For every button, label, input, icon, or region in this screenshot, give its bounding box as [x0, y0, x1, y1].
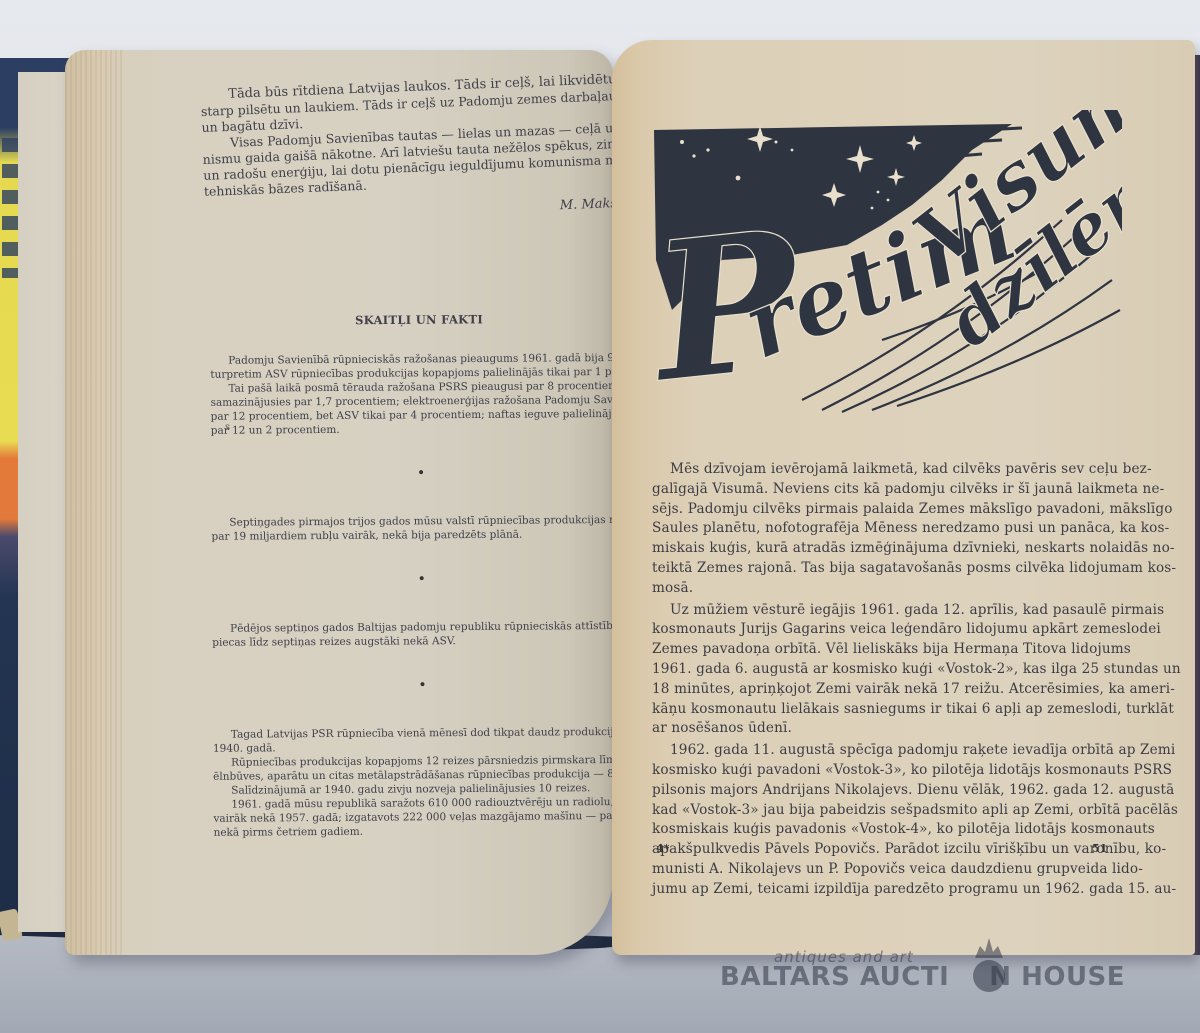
watermark-name: BALTARS AUCTIN HOUSE [720, 962, 1125, 992]
text-line: 18 minūtes, apriņķojot Zemi vairāk nekā … [652, 680, 1132, 700]
text-line: munisti A. Nikolajevs un P. Popovičs vei… [652, 860, 1132, 880]
text-line: kosmisko kuģi pavadoni «Vostok-3», ko pi… [652, 761, 1132, 781]
text-line: ar nosēšanos ūdenī. [652, 719, 1132, 739]
author-signature: M. Makse [205, 196, 613, 228]
text-line: Mēs dzīvojam ievērojamā laikmetā, kad ci… [652, 460, 1132, 480]
paragraph: Uz mūžiem vēsturē iegājis 1961. gada 12.… [652, 601, 1132, 740]
text-line: kāņu kosmonautu lielākais sasniegums ir … [652, 700, 1132, 720]
night-sky-lettering-icon: P retim Visuma dzīlēm [642, 110, 1122, 420]
text-line: Zemes pavadoņa orbītā. Vēl lieliskāks bi… [652, 640, 1132, 660]
cover-pattern [2, 138, 18, 278]
text-line: sējs. Padomju cilvēks pirmais palaida Ze… [652, 500, 1132, 520]
text-line: vairāk nekā 1957. gadā; izgatavots 222 0… [213, 809, 613, 826]
text-line: galīgajā Visumā. Neviens cits kā padomju… [652, 480, 1132, 500]
text-line: nekā pirms četriem gadiem. [214, 823, 613, 840]
fact-block: Tagad Latvijas PSR rūpniecība vienā mēne… [213, 725, 613, 840]
text-line: kosmonauts Jurijs Gagarins veica leģendā… [652, 620, 1132, 640]
separator-dot: • [212, 677, 613, 694]
book-photo: s Tāda būs rītdiena Latvijas laukos. Tād… [0, 0, 1200, 1033]
page-edges [65, 50, 125, 955]
watermark-name-left: BALTARS AUCTI [720, 962, 949, 992]
text-line: Septiņgades pirmajos trijos gados mūsu v… [211, 513, 613, 530]
text-line: miskais kuģis, kurā atradās izmēģinājuma… [652, 539, 1132, 559]
text-line: par 12 un 2 procentiem. [211, 421, 613, 438]
text-line: pilsonis majors Andrijans Nikolajevs. Di… [652, 781, 1132, 801]
right-page: P retim Visuma dzīlēm Mēs dzīvojam ievēr… [612, 40, 1195, 955]
section-title: SKAITĻI UN FAKTI [209, 310, 613, 329]
chapter-title-illustration: P retim Visuma dzīlēm [642, 110, 1122, 420]
right-page-body: Mēs dzīvojam ievērojamā laikmetā, kad ci… [652, 460, 1132, 902]
facts-list: Padomju Savienībā rūpnieciskās ražošanas… [210, 351, 613, 840]
page-number: 51 [1092, 842, 1107, 855]
paragraph: Mēs dzīvojam ievērojamā laikmetā, kad ci… [652, 460, 1132, 599]
fact-block: Padomju Savienībā rūpnieciskās ražošanas… [210, 351, 613, 438]
endpaper [18, 72, 68, 932]
fact-block: Pēdējos septiņos gados Baltijas padomju … [212, 619, 613, 650]
auction-house-watermark: antiques and art BALTARS AUCTIN HOUSE [720, 948, 1140, 1008]
text-line: par 12 procentiem, bet ASV tikai par 4 p… [211, 407, 613, 424]
text-line: Uz mūžiem vēsturē iegājis 1961. gada 12.… [652, 601, 1132, 621]
text-line: Pēdējos septiņos gados Baltijas padomju … [212, 619, 613, 636]
text-line: kosmiskais kuģis pavadonis «Vostok-4», k… [652, 820, 1132, 840]
paragraph: 1962. gada 11. augustā spēcīga padomju r… [652, 741, 1132, 899]
text-line: mosā. [652, 579, 1132, 599]
signature-mark: 4* [656, 842, 669, 855]
left-page-content: Tāda būs rītdiena Latvijas laukos. Tāds … [200, 72, 613, 844]
text-line: 1962. gada 11. augustā spēcīga padomju r… [652, 741, 1132, 761]
separator-dot: • [211, 465, 613, 482]
fact-block: Septiņgades pirmajos trijos gados mūsu v… [211, 513, 613, 544]
crown-orb-logo-icon [972, 936, 1006, 996]
text-line: Saules planētu, nofotografēja Mēness ner… [652, 519, 1132, 539]
watermark-name-right: N HOUSE [989, 962, 1125, 992]
text-line: par 19 miljardiem rubļu vairāk, nekā bij… [211, 527, 613, 544]
text-line: Tagad Latvijas PSR rūpniecība vienā mēne… [213, 725, 613, 742]
text-line: 1961. gada 6. augustā ar kosmisko kuģi «… [652, 660, 1132, 680]
text-line: kad «Vostok-3» jau bija pabeidzis sešpad… [652, 801, 1132, 821]
separator-dot: • [212, 571, 613, 588]
text-line: jumu ap Zemi, teicami izpildīja paredzēt… [652, 880, 1132, 900]
text-line: apakšpulkvedis Pāvels Popovičs. Parādot … [652, 840, 1132, 860]
left-page: s Tāda būs rītdiena Latvijas laukos. Tād… [65, 50, 613, 955]
text-line: teiktā Zemes rajonā. Tas bija sagatavoša… [652, 559, 1132, 579]
text-line: piecas līdz septiņas reizes augstāki nek… [212, 633, 613, 650]
